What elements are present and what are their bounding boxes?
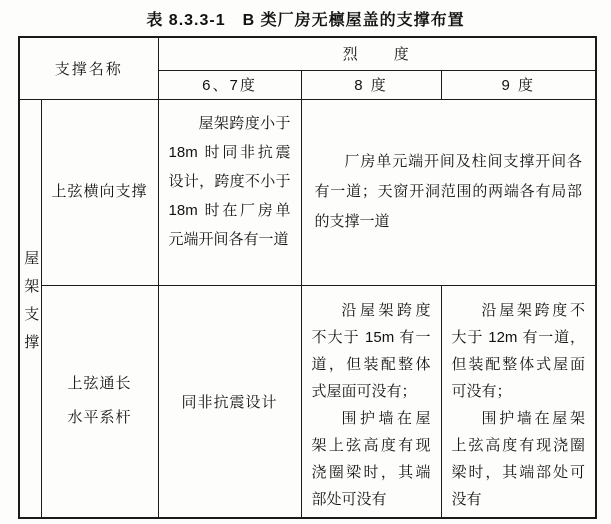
cell-row1-degree-8-9: 厂房单元端开间及柱间支撑开间各有一道；天窗开洞范围的两端各有局部的支撑一道 (301, 99, 596, 285)
cell-paragraph: 屋架跨度小于 18m 时同非抗震设计，跨度不小于 18m 时在厂房单元端开间各有… (169, 109, 291, 254)
header-degree-6-7: 6、7度 (158, 70, 301, 99)
cell-row1-degree-6-7: 屋架跨度小于 18m 时同非抗震设计，跨度不小于 18m 时在厂房单元端开间各有… (158, 99, 301, 285)
cell-paragraph: 沿屋架跨度不大于 12m 有一道，但装配整体式屋面可没有； (452, 297, 586, 405)
cell-row2-degree-6-7: 同非抗震设计 (158, 285, 301, 518)
cell-paragraph: 厂房单元端开间及柱间支撑开间各有一道；天窗开洞范围的两端各有局部的支撑一道 (315, 147, 583, 237)
cell-row2-degree-9: 沿屋架跨度不大于 12m 有一道，但装配整体式屋面可没有； 围护墙在屋架上弦高度… (441, 285, 596, 518)
group-label-roof-truss-bracing: 屋架支撑 (19, 99, 41, 518)
table-title: 表 8.3.3-1 B 类厂房无檩屋盖的支撑布置 (0, 7, 611, 30)
table-row: 上弦通长 水平系杆 同非抗震设计 沿屋架跨度不大于 15m 有一道，但装配整体式… (19, 285, 596, 518)
document-page: 表 8.3.3-1 B 类厂房无檩屋盖的支撑布置 支撑名称 烈 度 6、7度 8… (0, 0, 611, 524)
cell-row2-degree-8: 沿屋架跨度不大于 15m 有一道，但装配整体式屋面可没有； 围护墙在屋架上弦高度… (301, 285, 441, 518)
table-row: 屋架支撑 上弦横向支撑 屋架跨度小于 18m 时同非抗震设计，跨度不小于 18m… (19, 99, 596, 285)
row-name-top-chord-continuous-horizontal-tie: 上弦通长 水平系杆 (41, 285, 158, 518)
header-intensity: 烈 度 (158, 37, 596, 70)
support-layout-table: 支撑名称 烈 度 6、7度 8 度 9 度 屋架支撑 上弦横向支撑 屋架跨度小于… (18, 36, 597, 519)
row-name-top-chord-transverse-bracing: 上弦横向支撑 (41, 99, 158, 285)
header-degree-8: 8 度 (301, 70, 441, 99)
cell-paragraph: 沿屋架跨度不大于 15m 有一道，但装配整体式屋面可没有； (312, 297, 431, 405)
header-degree-9: 9 度 (441, 70, 596, 99)
group-label-text: 屋架支撑 (20, 250, 40, 362)
cell-paragraph: 围护墙在屋架上弦高度有现浇圈梁时，其端部处可没有 (312, 405, 431, 513)
cell-paragraph: 围护墙在屋架上弦高度有现浇圈梁时，其端部处可没有 (452, 405, 586, 513)
header-support-name: 支撑名称 (19, 37, 158, 99)
